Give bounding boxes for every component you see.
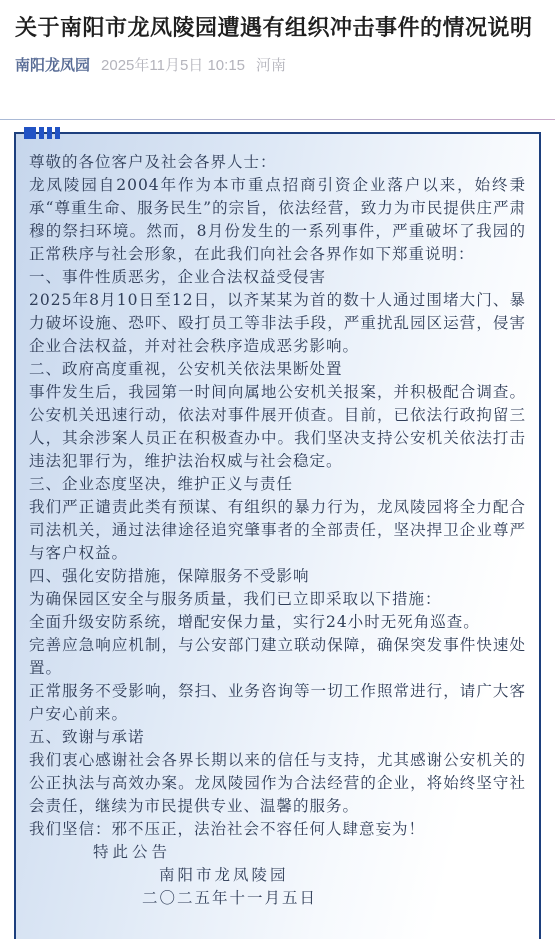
decoration-block — [55, 127, 60, 139]
publish-location: 河南 — [256, 54, 286, 75]
notice-paragraph: 2025年8月10日至12日，以齐某某为首的数十人通过围堵大门、暴力破坏设施、恐… — [29, 289, 526, 358]
notice-paragraph: 全面升级安防系统，增配安保力量，实行24小时无死角巡查。 — [29, 611, 526, 634]
notice-paragraph: 龙凤陵园自2004年作为本市重点招商引资企业落户以来，始终秉承“尊重生命、服务民… — [29, 174, 526, 266]
decoration-block — [47, 127, 52, 139]
notice-section-heading: 二、政府高度重视，公安机关依法果断处置 — [29, 358, 526, 381]
article-meta: 南阳龙凤园 2025年11月5日 10:15 河南 — [15, 54, 540, 75]
notice-section-heading: 五、致谢与承诺 — [29, 726, 526, 749]
header-divider — [0, 119, 555, 120]
article-header: 关于南阳市龙凤陵园遭遇有组织冲击事件的情况说明 南阳龙凤园 2025年11月5日… — [0, 0, 555, 75]
notice-content: 尊敬的各位客户及社会各界人士： 龙凤陵园自2004年作为本市重点招商引资企业落户… — [16, 134, 539, 928]
corner-blocks-decoration-icon — [24, 127, 60, 139]
decoration-block — [24, 127, 36, 139]
decoration-block — [39, 127, 44, 139]
notice-paragraph: 我们严正谴责此类有预谋、有组织的暴力行为，龙凤陵园将全力配合司法机关，通过法律途… — [29, 496, 526, 565]
notice-paragraph: 我们衷心感谢社会各界长期以来的信任与支持，尤其感谢公安机关的公正执法与高效办案。… — [29, 749, 526, 818]
notice-section-heading: 四、强化安防措施，保障服务不受影响 — [29, 565, 526, 588]
notice-signature: 南阳市龙凤陵园 — [29, 864, 526, 887]
notice-paragraph: 为确保园区安全与服务质量，我们已立即采取以下措施： — [29, 588, 526, 611]
notice-section-heading: 三、企业态度坚决，维护正义与责任 — [29, 473, 526, 496]
article-title: 关于南阳市龙凤陵园遭遇有组织冲击事件的情况说明 — [15, 12, 540, 44]
notice-paragraph: 事件发生后，我园第一时间向属地公安机关报案，并积极配合调查。公安机关迅速行动，依… — [29, 381, 526, 473]
notice-section-heading: 一、事件性质恶劣，企业合法权益受侵害 — [29, 266, 526, 289]
notice-document: 尊敬的各位客户及社会各界人士： 龙凤陵园自2004年作为本市重点招商引资企业落户… — [14, 132, 541, 939]
notice-sign-date: 二〇二五年十一月五日 — [29, 887, 526, 910]
notice-paragraph: 我们坚信：邪不压正，法治社会不容任何人肆意妄为！ — [29, 818, 526, 841]
notice-paragraph: 完善应急响应机制，与公安部门建立联动保障，确保突发事件快速处置。 — [29, 634, 526, 680]
author-link[interactable]: 南阳龙凤园 — [15, 54, 90, 75]
notice-closing: 特此公告 — [29, 841, 526, 864]
notice-salutation: 尊敬的各位客户及社会各界人士： — [29, 151, 526, 174]
publish-date: 2025年11月5日 10:15 — [101, 54, 245, 75]
notice-paragraph: 正常服务不受影响，祭扫、业务咨询等一切工作照常进行，请广大客户安心前来。 — [29, 680, 526, 726]
